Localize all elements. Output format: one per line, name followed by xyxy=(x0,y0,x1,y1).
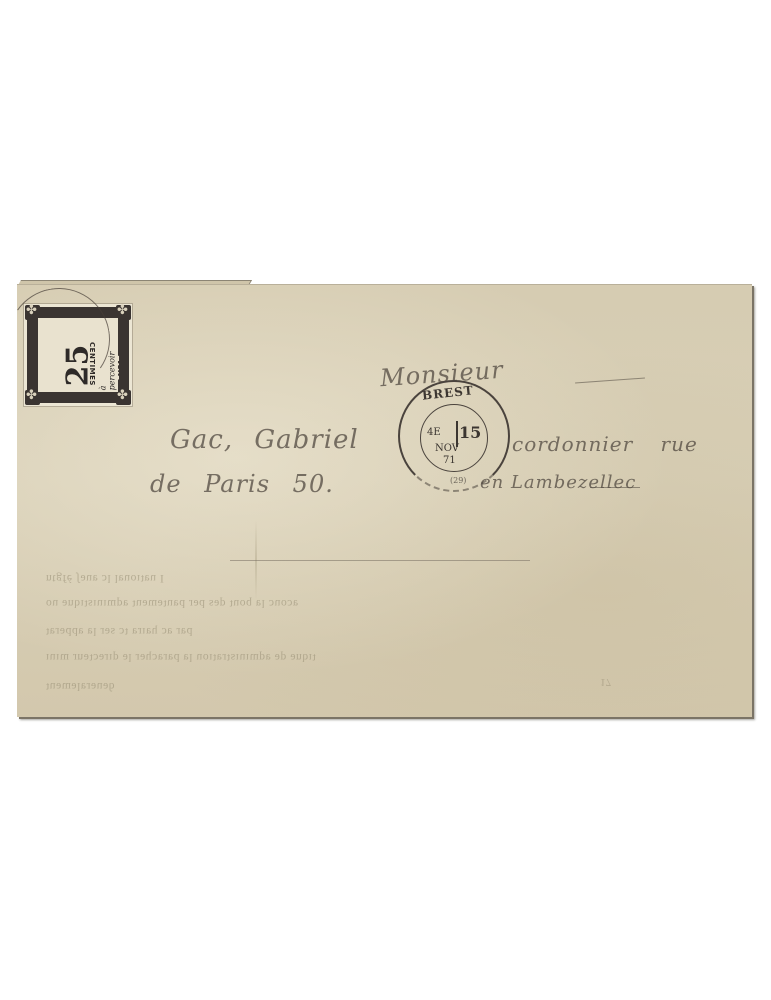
printed-text-line: ʇɐɹəddɐ ɐl ɹəs ɔʇ ɐɹıɐɥ ɔɐ ɹɐd xyxy=(46,625,193,637)
brest-postmark: BREST 4E 15 NOV 71 (29) xyxy=(398,380,510,492)
stamp-corner-ornament-icon xyxy=(25,390,40,405)
stamp-corner-ornament-icon xyxy=(116,390,131,405)
stamp-corner-ornament-icon xyxy=(116,305,131,320)
postmark-department: (29) xyxy=(450,476,466,485)
postmark-year: 71 xyxy=(443,455,456,466)
printed-text-line: ntgfé ʃəuɐ ɔl lɐuoıʇɐu I xyxy=(46,572,165,584)
town-flourish xyxy=(590,487,640,488)
ruled-line xyxy=(230,560,530,561)
address-trade: cordonnier rue xyxy=(512,432,698,456)
postmark-inner-ring: 4E 15 NOV 71 xyxy=(420,404,488,472)
printed-page-number: 17 xyxy=(600,676,611,688)
printed-text-line: ou ənbıʇsıuıɯpɐ ʇuəɯəʇuɐd ɹəd sǝp ʇuoq ɐ… xyxy=(46,597,299,609)
postmark-month: NOV xyxy=(435,443,459,454)
postmark-town: BREST xyxy=(421,383,474,402)
printed-text-line: ıuıɯ ɹnəʇɔǝɹıp ǝl ɹəɥɔɐɹɐd ɐl uoıʇɐɹʇsıu… xyxy=(46,651,316,663)
postmark-day: 15 xyxy=(459,423,481,442)
address-town: en Lambezellec xyxy=(480,472,636,493)
address-street: de Paris 50. xyxy=(150,470,334,498)
printed-text-line: ʇuəɯəlɐɹəuəɓ xyxy=(46,680,115,692)
address-name: Gac, Gabriel xyxy=(170,425,359,455)
postmark-collection: 4E xyxy=(427,427,441,438)
